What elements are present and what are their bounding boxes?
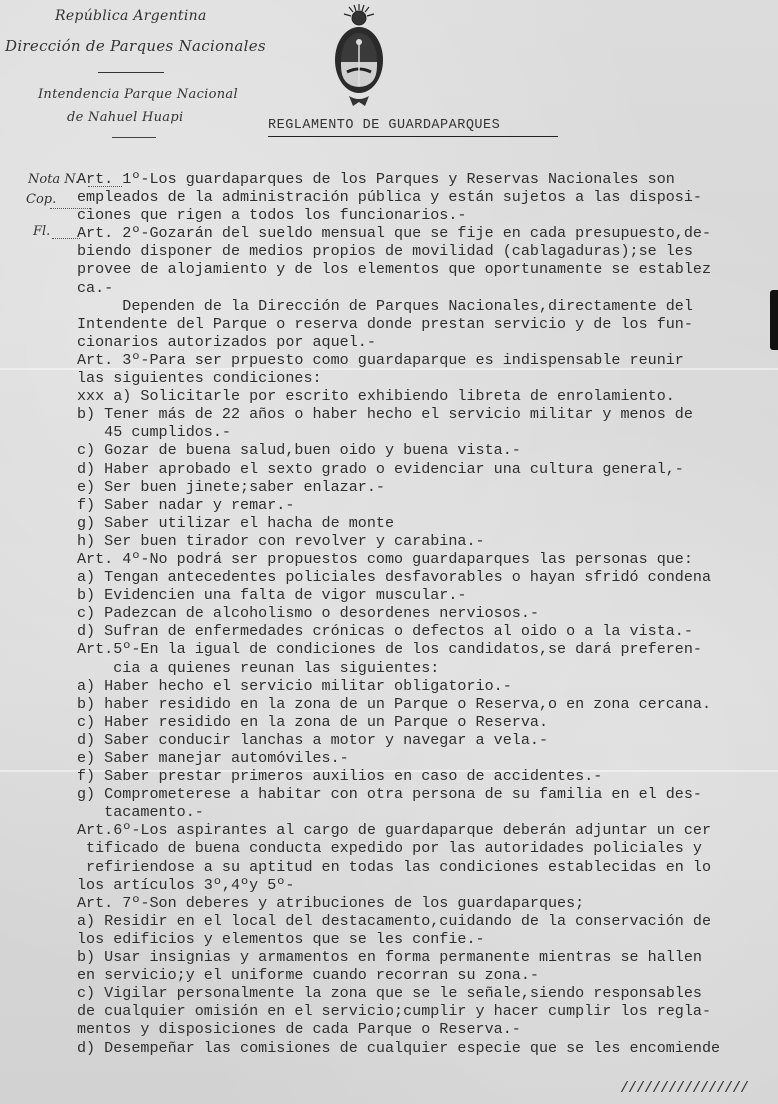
article-line: Art. 4º-No podrá ser propuestos como gua… <box>77 550 777 568</box>
article-line: Art. 2º-Gozarán del sueldo mensual que s… <box>77 224 777 242</box>
letterhead-office: Intendencia Parque Nacional <box>38 87 238 102</box>
text-line: los artículos 3º,4ºy 5º- <box>77 876 777 894</box>
margin-note-folio: Fl. <box>33 224 50 239</box>
text-line: b) haber residido en la zona de un Parqu… <box>77 695 777 713</box>
text-line: f) Saber nadar y remar.- <box>77 496 777 514</box>
text-line: c) Gozar de buena salud,buen oido y buen… <box>77 441 777 459</box>
margin-dotted-line <box>52 238 80 239</box>
text-line: las siguientes condiciones: <box>77 369 777 387</box>
text-line: f) Saber prestar primeros auxilios en ca… <box>77 767 777 785</box>
text-line: 45 cumplidos.- <box>77 423 777 441</box>
text-line: c) Padezcan de alcoholismo o desordenes … <box>77 604 777 622</box>
text-line: biendo disponer de medios propios de mov… <box>77 242 777 260</box>
letterhead-country: República Argentina <box>55 8 207 24</box>
text-line: refiriendose a su aptitud en todas las c… <box>77 858 777 876</box>
text-line: e) Saber manejar automóviles.- <box>77 749 777 767</box>
text-line: cionarios autorizados por aquel.- <box>77 333 777 351</box>
text-line: tificado de buena conducta expedido por … <box>77 839 777 857</box>
text-line: tacamento.- <box>77 803 777 821</box>
text-line: los edificios y elementos que se les con… <box>77 930 777 948</box>
argentine-coat-of-arms-icon <box>325 2 393 110</box>
text-line: c) Haber residido en la zona de un Parqu… <box>77 713 777 731</box>
text-line: b) Usar insignias y armamentos en forma … <box>77 948 777 966</box>
text-line: provee de alojamiento y de los elementos… <box>77 260 777 278</box>
text-line: c) Vigilar personalmente la zona que se … <box>77 984 777 1002</box>
text-line: h) Ser buen tirador con revolver y carab… <box>77 532 777 550</box>
text-line: mentos y disposiciones de cada Parque o … <box>77 1020 777 1038</box>
text-line: ca.- <box>77 279 777 297</box>
article-line: Art. 7º-Son deberes y atribuciones de lo… <box>77 894 777 912</box>
text-line: a) Haber hecho el servicio militar oblig… <box>77 677 777 695</box>
text-line: e) Ser buen jinete;saber enlazar.- <box>77 478 777 496</box>
letterhead-rule <box>98 72 164 73</box>
text-line: Dependen de la Dirección de Parques Naci… <box>77 297 777 315</box>
text-line: en servicio;y el uniforme cuando recorra… <box>77 966 777 984</box>
article-line: Art.5º-En la igual de condiciones de los… <box>77 640 777 658</box>
text-line: d) Saber conducir lanchas a motor y nave… <box>77 731 777 749</box>
article-line: Art.6º-Los aspirantes al cargo de guarda… <box>77 821 777 839</box>
text-line: cia a quienes reunan las siguientes: <box>77 659 777 677</box>
text-line: b) Tener más de 22 años o haber hecho el… <box>77 405 777 423</box>
regulation-body: Art. 1º-Los guardaparques de los Parques… <box>77 170 777 1057</box>
text-line: ciones que rigen a todos los funcionario… <box>77 206 777 224</box>
document-title: REGLAMENTO DE GUARDAPARQUES <box>268 118 558 137</box>
text-line: empleados de la administración pública y… <box>77 188 777 206</box>
text-line: a) Tengan antecedentes policiales desfav… <box>77 568 777 586</box>
article-line: Art. 1º-Los guardaparques de los Parques… <box>77 170 777 188</box>
margin-note-copy: Cop. <box>26 192 56 207</box>
text-line: b) Evidencien una falta de vigor muscula… <box>77 586 777 604</box>
margin-note-number: Nota N. <box>28 172 79 187</box>
strikeout-marks: //////////////// <box>620 1080 748 1097</box>
text-line: de cualquier omisión en el servicio;cump… <box>77 1002 777 1020</box>
letterhead-agency: Dirección de Parques Nacionales <box>5 37 266 55</box>
text-line: a) Residir en el local del destacamento,… <box>77 912 777 930</box>
article-line: Art. 3º-Para ser prpuesto como guardapar… <box>77 351 777 369</box>
text-line: g) Comprometerese a habitar con otra per… <box>77 785 777 803</box>
text-line: Intendente del Parque o reserva donde pr… <box>77 315 777 333</box>
text-line: d) Sufran de enfermedades crónicas o def… <box>77 622 777 640</box>
text-line: xxx a) Solicitarle por escrito exhibiend… <box>77 387 777 405</box>
letterhead-rule <box>112 137 156 138</box>
text-line: g) Saber utilizar el hacha de monte <box>77 514 777 532</box>
text-line: d) Desempeñar las comisiones de cualquie… <box>77 1039 777 1057</box>
letterhead-park: de Nahuel Huapi <box>67 110 183 125</box>
text-line: d) Haber aprobado el sexto grado o evide… <box>77 460 777 478</box>
